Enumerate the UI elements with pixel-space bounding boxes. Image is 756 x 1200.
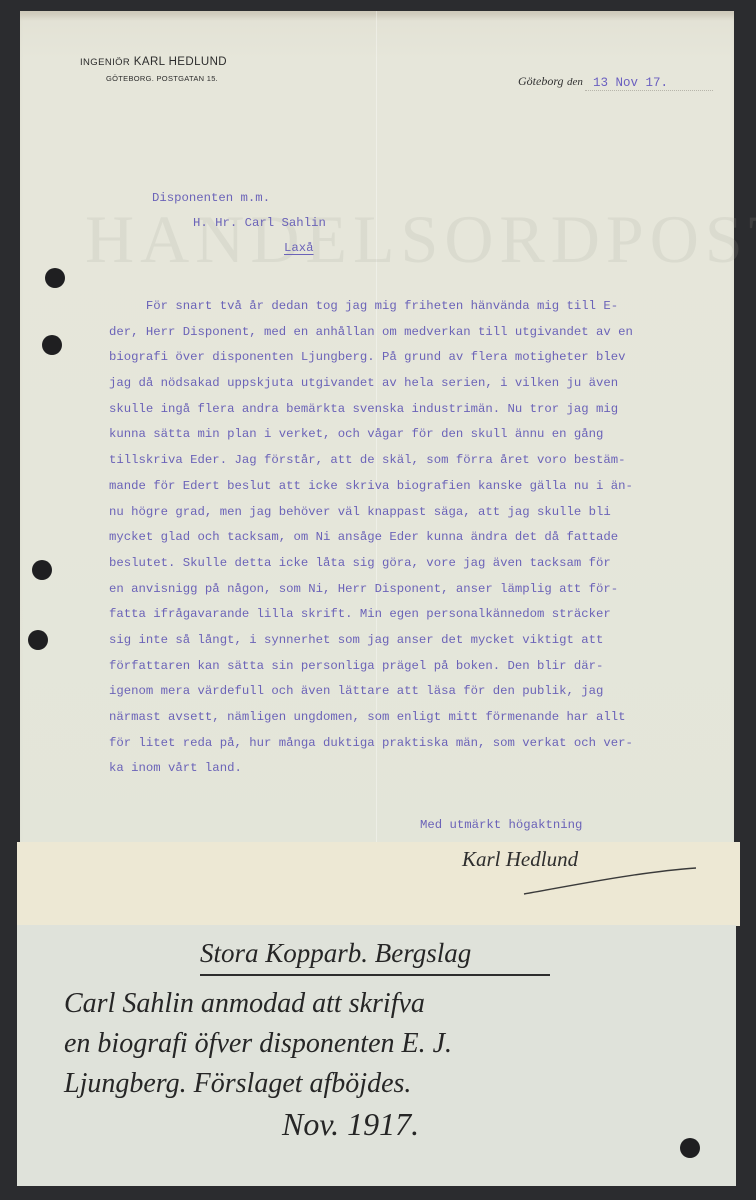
body-line: igenom mera värdefull och även lättare a… [109,679,709,705]
body-line: mycket glad och tacksam, om Ni ansåge Ed… [109,525,709,551]
dateline-date: 13 Nov 17. [593,76,668,90]
punch-hole [680,1138,700,1158]
body-line: ka inom vårt land. [109,756,709,782]
body-line: biografi över disponenten Ljungberg. På … [109,345,709,371]
body-line: författaren kan sätta sin personliga prä… [109,654,709,680]
signature-flourish [520,858,700,898]
body-line: beslutet. Skulle detta icke låta sig gör… [109,551,709,577]
letterhead-title: Ingeniör [80,57,130,68]
letterhead-name: Ingeniör KARL HEDLUND [80,56,227,68]
body-line: tillskriva Eder. Jag förstår, att de skä… [109,448,709,474]
dateline-rule [585,90,713,91]
closing-salutation: Med utmärkt högaktning [420,818,582,832]
dateline-place: Göteborg [518,74,564,89]
body-line: för litet reda på, hur många duktiga pra… [109,731,709,757]
body-line: en anvisnigg på någon, som Ni, Herr Disp… [109,577,709,603]
punch-hole [28,630,48,650]
body-line: kunna sätta min plan i verket, och vågar… [109,422,709,448]
paper-watermark: HANDELSORDPOST [85,200,756,279]
archive-note-body: Carl Sahlin anmodad att skrifvaen biogra… [64,984,452,1104]
body-line: nu högre grad, men jag behöver väl knapp… [109,500,709,526]
body-line: sig inte så långt, i synnerhet som jag a… [109,628,709,654]
recipient-name: H. Hr. Carl Sahlin [193,216,326,230]
letter-body: För snart två år dedan tog jag mig frihe… [109,294,709,782]
body-line: jag då nödsakad uppskjuta utgivandet av … [109,371,709,397]
recipient-place: Laxå [284,241,314,255]
body-line: mande för Edert beslut att icke skriva b… [109,474,709,500]
archive-note-line: Carl Sahlin anmodad att skrifva [64,984,452,1024]
punch-hole [42,335,62,355]
body-line: skulle ingå flera andra bemärkta svenska… [109,397,709,423]
dateline-den: den [567,76,583,88]
archive-note-date: Nov. 1917. [282,1106,419,1143]
archive-note-line: Ljungberg. Förslaget afböjdes. [64,1064,452,1104]
body-line: För snart två år dedan tog jag mig frihe… [109,294,709,320]
archive-note-line: en biografi öfver disponenten E. J. [64,1024,452,1064]
letterhead-sender: KARL HEDLUND [134,56,227,68]
punch-hole [45,268,65,288]
archive-note-title: Stora Kopparb. Bergslag [200,938,471,969]
letterhead-address: GÖTEBORG. POSTGATAN 15. [106,74,218,83]
archive-note-underline [200,974,550,976]
body-line: närmast avsett, nämligen ungdomen, som e… [109,705,709,731]
body-line: der, Herr Disponent, med en anhållan om … [109,320,709,346]
body-line: fatta ifrågavarande lilla skrift. Min eg… [109,602,709,628]
recipient-title: Disponenten m.m. [152,191,270,205]
punch-hole [32,560,52,580]
